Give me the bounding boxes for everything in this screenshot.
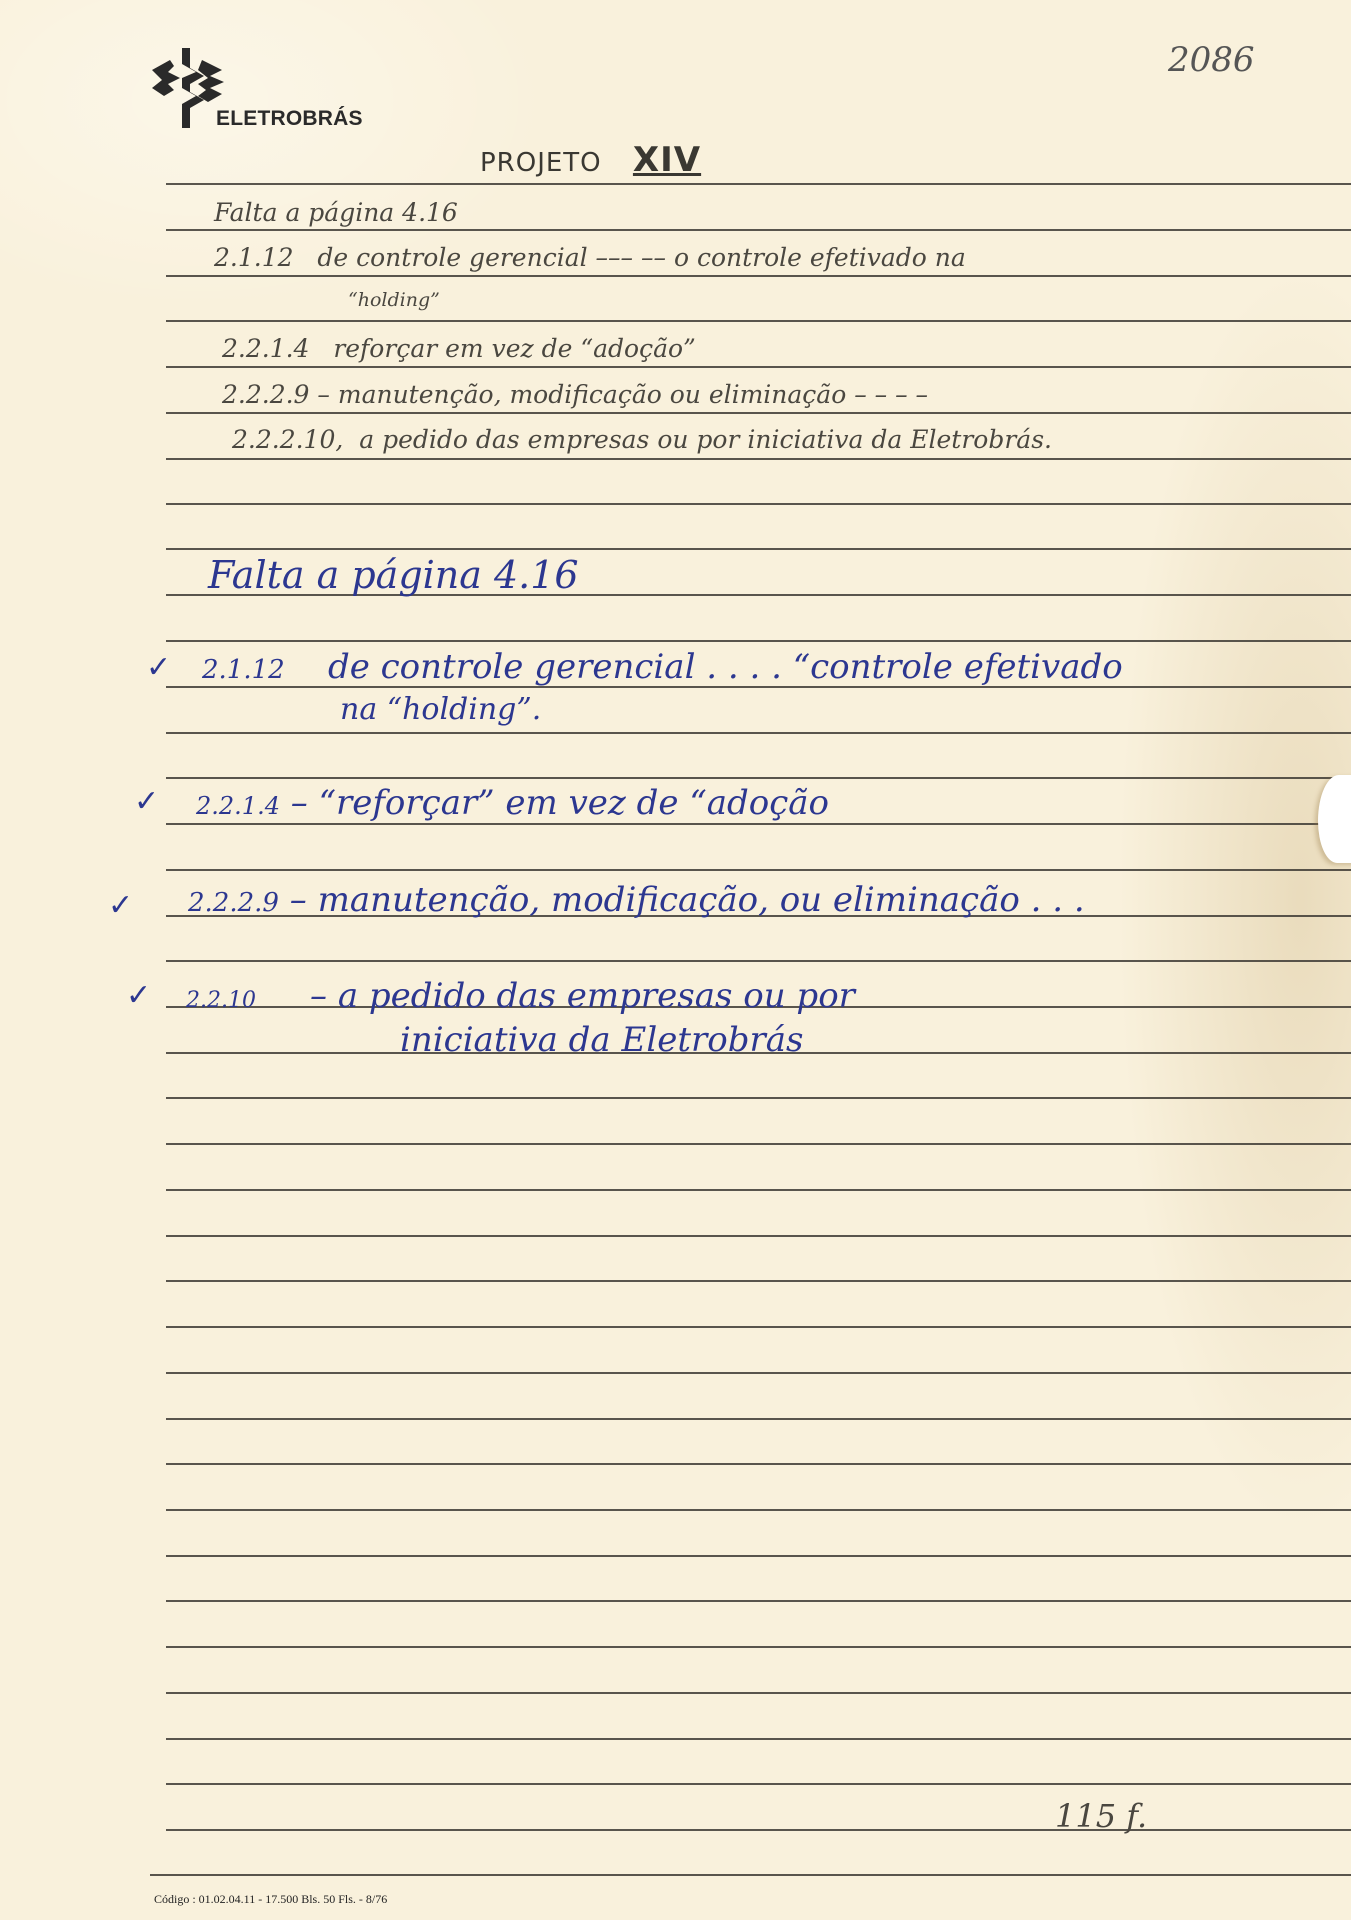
rule-line [166, 1326, 1351, 1328]
page-title: PROJETO XIV [480, 140, 701, 180]
title-numeral: XIV [633, 140, 701, 180]
form-code-footer: Código : 01.02.04.11 - 17.500 Bls. 50 Fl… [154, 1892, 387, 1907]
note-text: reforçar em vez de “adoção” [333, 334, 696, 363]
pen-line: 2.1.12 de controle gerencial . . . . “co… [202, 647, 1123, 687]
pencil-line: 2.2.2.10, a pedido das empresas ou por i… [232, 425, 1052, 454]
section-ref: 2.1.12 [202, 655, 285, 685]
rule-line [166, 1509, 1351, 1511]
rule-line [166, 1646, 1351, 1648]
note-text: – manutenção, modificação ou eliminação … [317, 380, 928, 409]
section-ref: 2.2.1.4 [196, 792, 280, 820]
rule-line [166, 1692, 1351, 1694]
rule-line [166, 275, 1351, 277]
rule-line [166, 869, 1351, 871]
rule-line [166, 1463, 1351, 1465]
rule-line [166, 823, 1351, 825]
rule-line [166, 1189, 1351, 1191]
pencil-line: Falta a página 4.16 [214, 198, 458, 227]
pen-heading: Falta a página 4.16 [208, 553, 579, 597]
pen-line-cont: iniciativa da Eletrobrás [400, 1020, 803, 1060]
rule-line [166, 777, 1351, 779]
rule-line [166, 1143, 1351, 1145]
pen-line: 2.2.1.4 – “reforçar” em vez de “adoção [196, 783, 829, 823]
rule-line [166, 732, 1351, 734]
page-number: 2086 [1168, 40, 1255, 80]
note-text: – manutenção, modificação, ou eliminação… [290, 880, 1085, 920]
pencil-line: 2.2.2.9 – manutenção, modificação ou eli… [222, 380, 928, 409]
checkmark-icon: ✓ [108, 888, 133, 923]
rule-line [166, 183, 1351, 185]
pencil-line: 2.2.1.4 reforçar em vez de “adoção” [222, 334, 696, 363]
section-ref: 2.1.12 [214, 243, 294, 272]
note-text: a pedido das empresas ou por iniciativa … [359, 425, 1052, 454]
rule-line [166, 1600, 1351, 1602]
rule-line [166, 1418, 1351, 1420]
rule-line [166, 458, 1351, 460]
pencil-line: “holding” [348, 289, 440, 311]
rule-line [166, 1738, 1351, 1740]
logo-text: ELETROBRÁS [216, 107, 363, 131]
rule-line [166, 320, 1351, 322]
rule-line [166, 1783, 1351, 1785]
note-text: de controle gerencial ––– –– o controle … [317, 243, 965, 272]
checkmark-icon: ✓ [134, 784, 159, 819]
rule-line [166, 503, 1351, 505]
note-text: – “reforçar” em vez de “adoção [291, 783, 829, 823]
rule-line [166, 229, 1351, 231]
rule-line [166, 1829, 1351, 1831]
checkmark-icon: ✓ [146, 650, 171, 685]
pen-line: 2.2.10 – a pedido das empresas ou por [186, 976, 855, 1016]
note-text: – a pedido das empresas ou por [310, 976, 855, 1016]
rule-line [166, 1097, 1351, 1099]
rule-line [166, 1372, 1351, 1374]
rule-line [150, 1874, 1351, 1876]
section-ref: 2.2.2.9 [222, 380, 309, 409]
torn-edge [1318, 775, 1351, 863]
folio-number: 115 f. [1055, 1797, 1147, 1835]
section-ref: 2.2.1.4 [222, 334, 309, 363]
checkmark-icon: ✓ [126, 978, 151, 1013]
section-ref: 2.2.2.9 [188, 888, 279, 918]
rule-line [166, 412, 1351, 414]
rule-line [166, 1555, 1351, 1557]
rule-line [166, 1280, 1351, 1282]
title-text: PROJETO [480, 148, 602, 178]
note-text: de controle gerencial . . . . “controle … [328, 647, 1123, 687]
rule-line [166, 640, 1351, 642]
section-ref: 2.2.10 [186, 988, 256, 1013]
rule-line [166, 366, 1351, 368]
section-ref: 2.2.2.10, [232, 425, 343, 454]
rule-line [166, 960, 1351, 962]
pen-line-cont: na “holding”. [340, 692, 541, 727]
rule-line [166, 1235, 1351, 1237]
pen-line: 2.2.2.9 – manutenção, modificação, ou el… [188, 880, 1085, 920]
pencil-line: 2.1.12 de controle gerencial ––– –– o co… [214, 243, 966, 272]
rule-line [166, 548, 1351, 550]
